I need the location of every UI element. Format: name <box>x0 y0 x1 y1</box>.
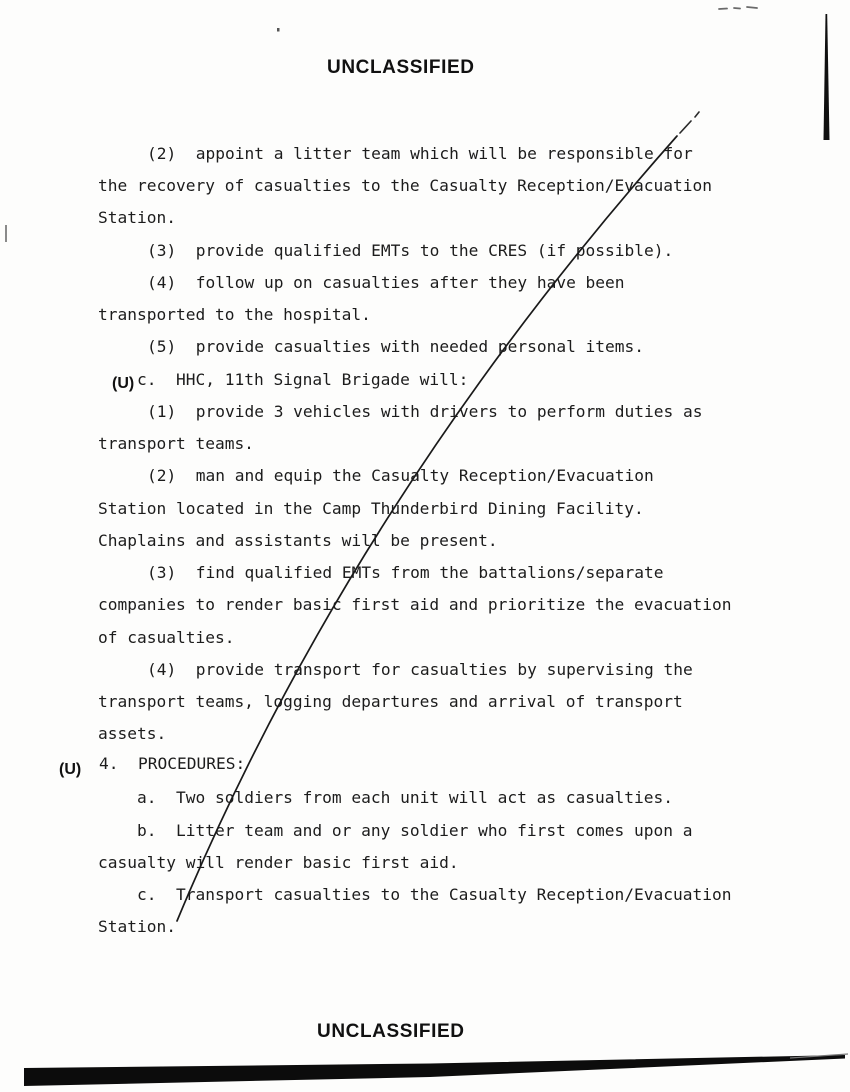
document-text-line: (3) find qualified EMTs from the battali… <box>147 565 664 581</box>
document-text-line: casualty will render basic first aid. <box>98 855 459 871</box>
document-text-line: of casualties. <box>98 630 234 646</box>
scanned-document-page: UNCLASSIFIED UNCLASSIFIED (2) appoint a … <box>0 0 850 1092</box>
document-text-line: (4) follow up on casualties after they h… <box>147 275 625 291</box>
document-text-line: (5) provide casualties with needed perso… <box>147 339 644 355</box>
document-text-line: c. HHC, 11th Signal Brigade will: <box>137 372 468 388</box>
bottom-edge-bar-tail <box>790 1054 848 1058</box>
document-text-line: Chaplains and assistants will be present… <box>98 533 498 549</box>
document-text-line: Station located in the Camp Thunderbird … <box>98 501 644 517</box>
document-text-line: assets. <box>98 726 166 742</box>
document-text-line: Station. <box>98 210 176 226</box>
document-text-line: companies to render basic first aid and … <box>98 597 731 613</box>
document-text-line: transported to the hospital. <box>98 307 371 323</box>
top-right-dash-marks <box>719 7 757 9</box>
right-edge-bar-artifact <box>824 14 830 140</box>
document-text-line: (4) provide transport for casualties by … <box>147 662 693 678</box>
document-text-line: c. Transport casualties to the Casualty … <box>137 887 732 903</box>
document-text-line: Station. <box>98 919 176 935</box>
document-text-line: (2) man and equip the Casualty Reception… <box>147 468 654 484</box>
document-text-line: a. Two soldiers from each unit will act … <box>137 790 673 806</box>
bottom-edge-bar-artifact <box>24 1055 845 1086</box>
document-text-line: transport teams, logging departures and … <box>98 694 683 710</box>
document-text-line: b. Litter team and or any soldier who fi… <box>137 823 693 839</box>
u-classification-mark: (U) <box>59 761 81 779</box>
paper-speck <box>277 28 280 32</box>
document-text-line: (2) appoint a litter team which will be … <box>147 146 693 162</box>
diagonal-strike-tip-dash <box>680 112 699 133</box>
document-text-line: (1) provide 3 vehicles with drivers to p… <box>147 404 703 420</box>
left-margin-tick-artifact <box>5 225 7 242</box>
classification-header: UNCLASSIFIED <box>327 57 475 79</box>
document-text-line: the recovery of casualties to the Casual… <box>98 178 712 194</box>
classification-footer: UNCLASSIFIED <box>317 1021 465 1043</box>
u-classification-mark: (U) <box>112 375 134 393</box>
document-text-line: (3) provide qualified EMTs to the CRES (… <box>147 243 673 259</box>
document-text-line: 4. PROCEDURES: <box>99 756 245 772</box>
document-text-line: transport teams. <box>98 436 254 452</box>
